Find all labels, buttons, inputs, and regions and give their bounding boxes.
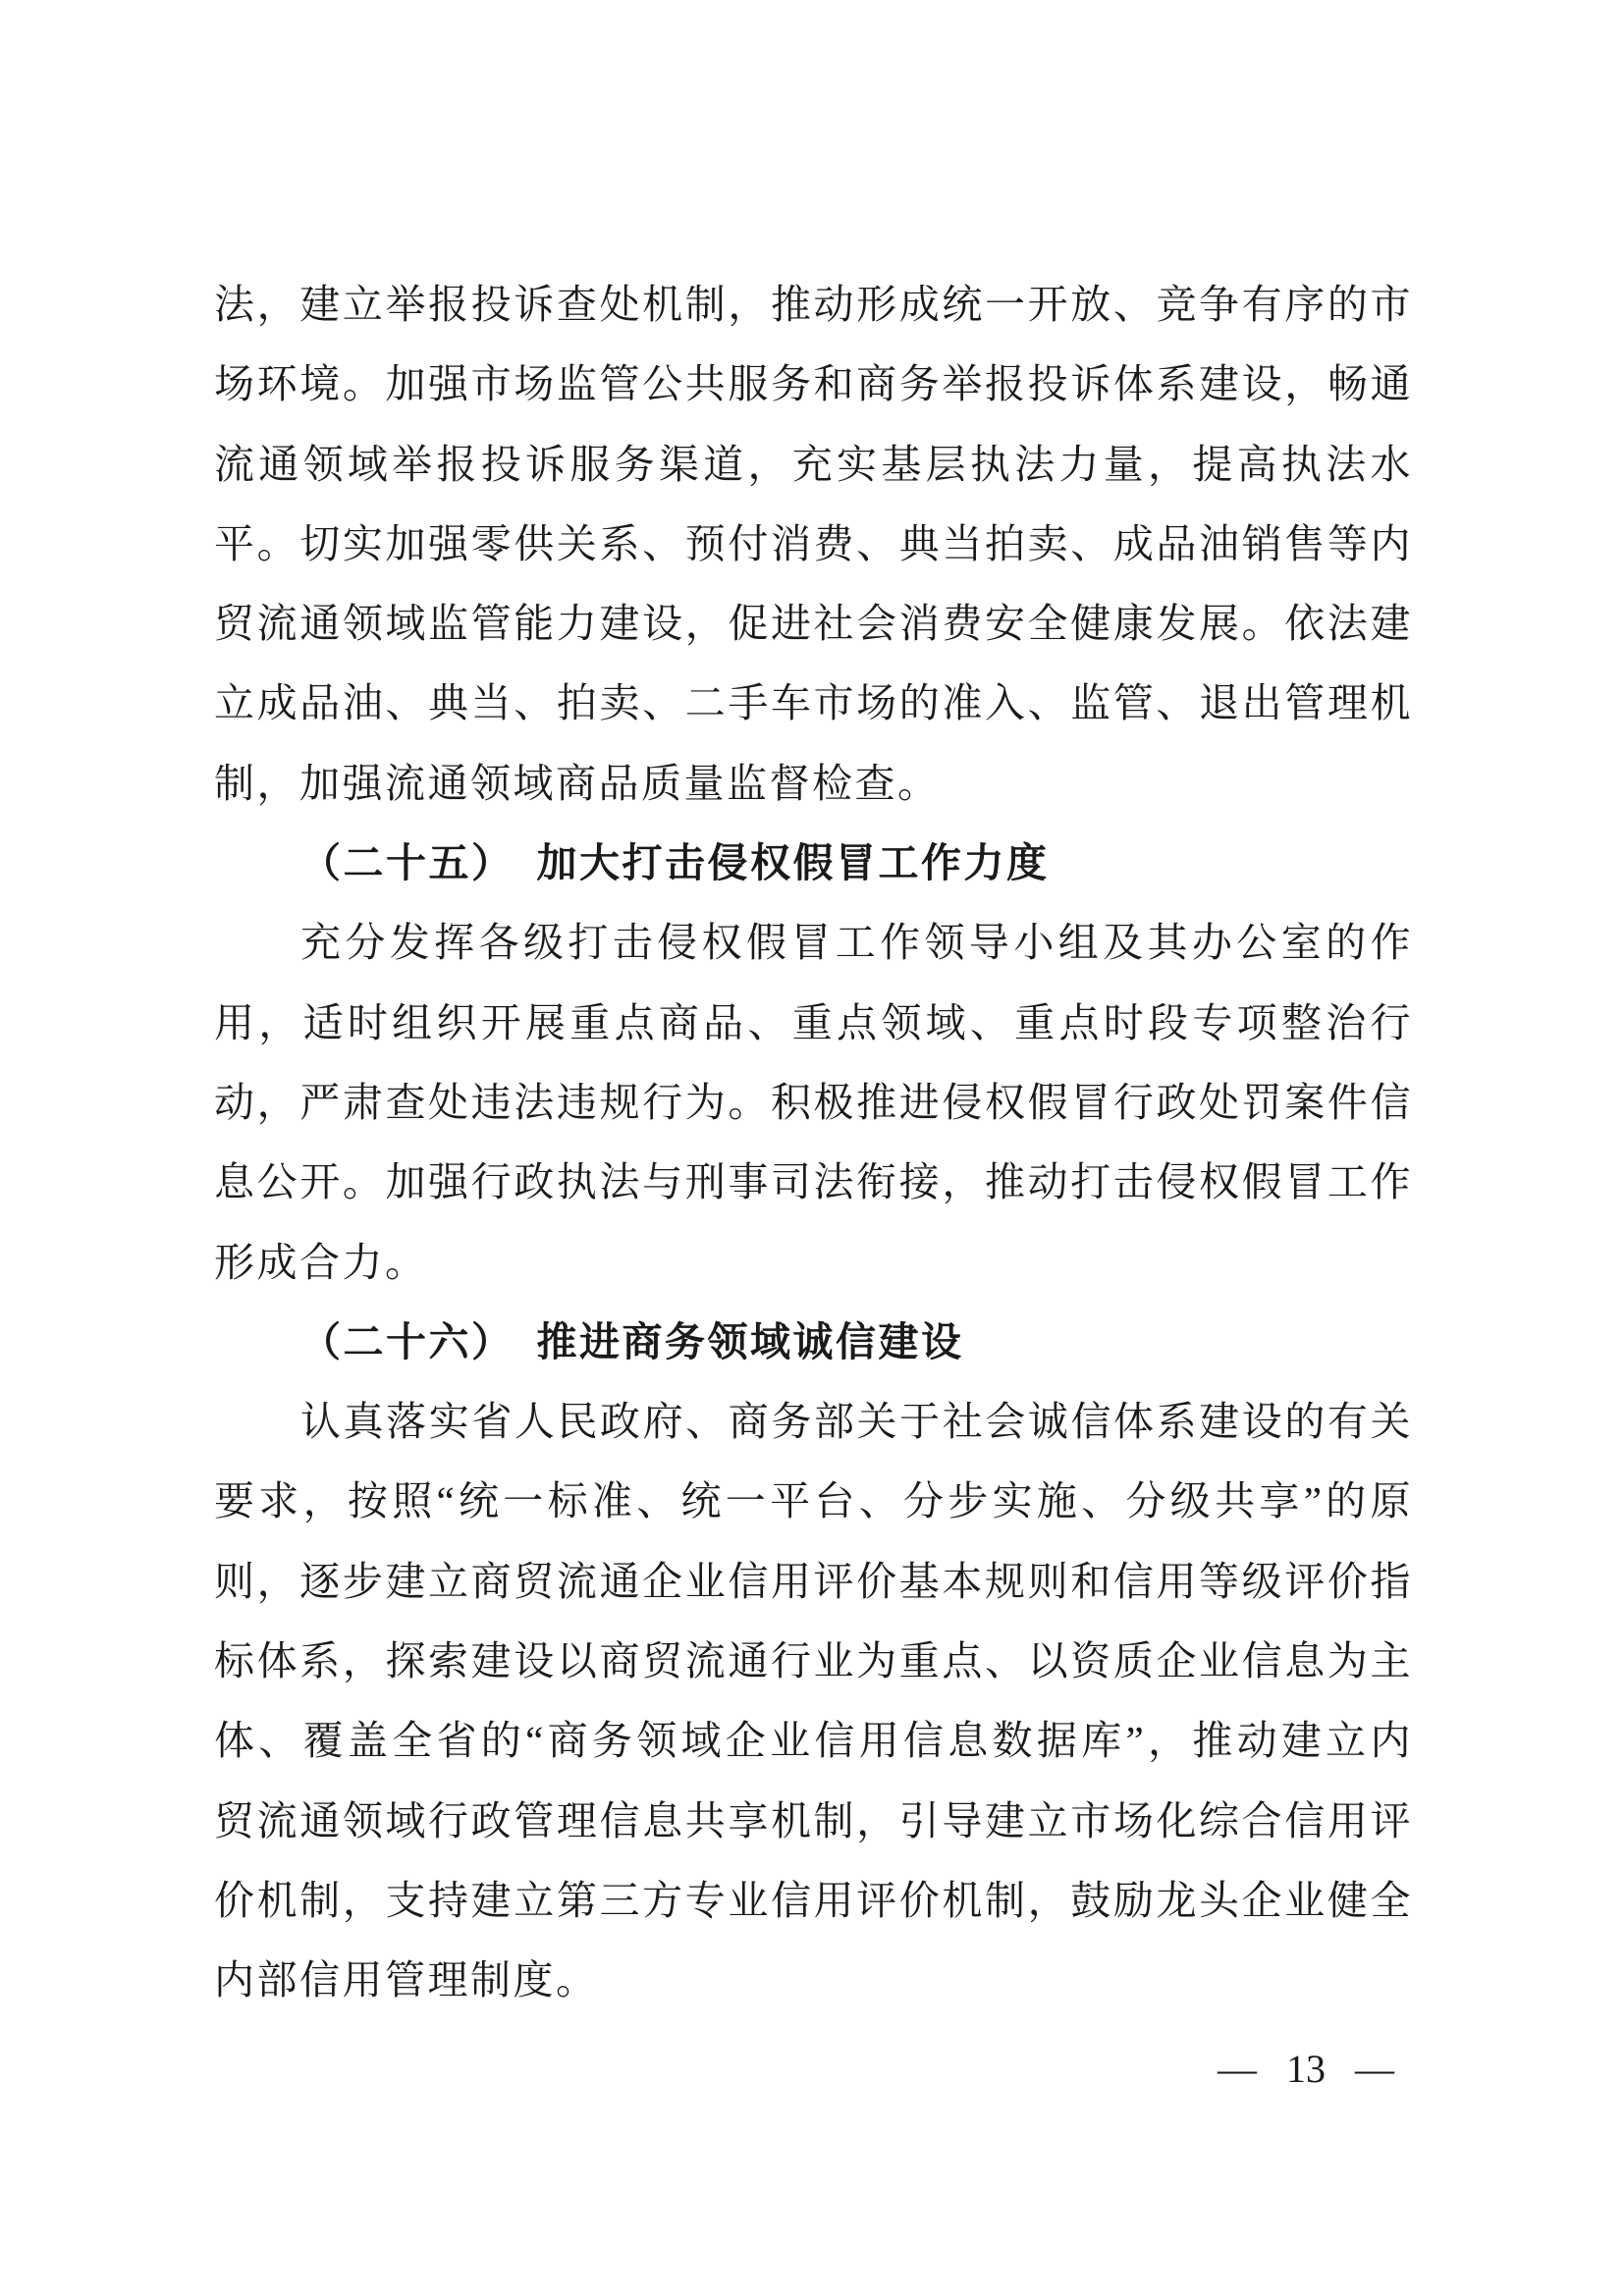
text-line: 息公开。加强行政执法与刑事司法衔接，推动打击侵权假冒工作: [214, 1143, 1413, 1222]
text-line: 要求，按照“统一标准、统一平台、分步实施、分级共享”的原: [214, 1462, 1413, 1541]
text-line: 场环境。加强市场监管公共服务和商务举报投诉体系建设，畅通: [214, 345, 1413, 424]
text-line: 标体系，探索建设以商贸流通行业为重点、以资质企业信息为主: [214, 1622, 1413, 1701]
text-line: 用，适时组织开展重点商品、重点领域、重点时段专项整治行: [214, 984, 1413, 1063]
text-line: 形成合力。: [214, 1223, 1413, 1303]
section-heading-26: （二十六） 推进商务领域诚信建设: [214, 1303, 1413, 1382]
section-heading-25: （二十五） 加大打击侵权假冒工作力度: [214, 824, 1413, 903]
text-line: 制，加强流通领域商品质量监督检查。: [214, 744, 1413, 824]
text-line: 认真落实省人民政府、商务部关于社会诚信体系建设的有关: [214, 1382, 1413, 1462]
document-body: 法，建立举报投诉查处机制，推动形成统一开放、竞争有序的市 场环境。加强市场监管公…: [214, 265, 1413, 2021]
document-page: 法，建立举报投诉查处机制，推动形成统一开放、竞争有序的市 场环境。加强市场监管公…: [0, 0, 1624, 2296]
footer-dash-right: —: [1355, 2045, 1394, 2094]
text-line: 内部信用管理制度。: [214, 1941, 1413, 2020]
text-line: 平。切实加强零供关系、预付消费、典当拍卖、成品油销售等内: [214, 505, 1413, 584]
text-line: 动，严肃查处违法违规行为。积极推进侵权假冒行政处罚案件信: [214, 1063, 1413, 1143]
text-line: 贸流通领域行政管理信息共享机制，引导建立市场化综合信用评: [214, 1782, 1413, 1861]
paragraph: 充分发挥各级打击侵权假冒工作领导小组及其办公室的作 用，适时组织开展重点商品、重…: [214, 903, 1413, 1302]
text-line: 则，逐步建立商贸流通企业信用评价基本规则和信用等级评价指: [214, 1542, 1413, 1622]
text-line: 流通领域举报投诉服务渠道，充实基层执法力量，提高执法水: [214, 425, 1413, 505]
footer-page-number: 13: [1286, 2045, 1326, 2094]
text-line: 贸流通领域监管能力建设，促进社会消费安全健康发展。依法建: [214, 584, 1413, 664]
footer-dash-left: —: [1218, 2045, 1257, 2094]
text-line: 法，建立举报投诉查处机制，推动形成统一开放、竞争有序的市: [214, 265, 1413, 345]
text-line: 体、覆盖全省的“商务领域企业信用信息数据库”，推动建立内: [214, 1701, 1413, 1781]
text-line: 充分发挥各级打击侵权假冒工作领导小组及其办公室的作: [214, 903, 1413, 983]
text-line: 价机制，支持建立第三方专业信用评价机制，鼓励龙头企业健全: [214, 1861, 1413, 1941]
paragraph: 法，建立举报投诉查处机制，推动形成统一开放、竞争有序的市 场环境。加强市场监管公…: [214, 265, 1413, 824]
paragraph: 认真落实省人民政府、商务部关于社会诚信体系建设的有关 要求，按照“统一标准、统一…: [214, 1382, 1413, 2020]
page-number: — 13 —: [1218, 2045, 1394, 2094]
text-line: 立成品油、典当、拍卖、二手车市场的准入、监管、退出管理机: [214, 664, 1413, 743]
